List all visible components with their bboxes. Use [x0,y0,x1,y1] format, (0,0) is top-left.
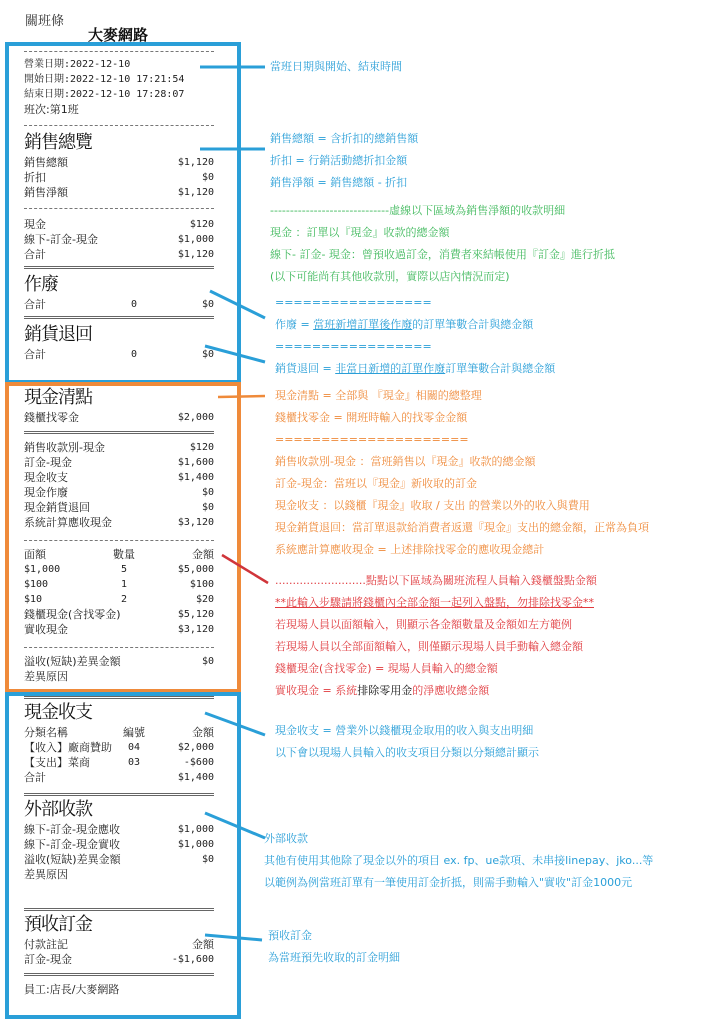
annotation-external: 外部收款 其他有使用其他除了現金以外的項目 ex. fp、ue款項、未串接lin… [264,828,653,894]
annotation-cash-in-out: 現金收支 = 營業外以錢櫃現金取用的收入與支出明細 以下會以現場人員輸入的收支項… [275,720,539,764]
annotation-sales: 銷售總額 = 含折扣的總銷售額 折扣 = 行銷活動總折扣金額 銷售淨額 = 銷售… [270,128,418,194]
annotation-shift: 當班日期與開始、結束時間 [270,56,402,78]
annotation-void: ================= 作廢 = 當班新增訂單後作廢的訂單筆數合計與… [275,292,555,380]
annotation-deposits: 預收訂金 為當班預先收取的訂金明細 [268,925,400,969]
annotation-payments: ------------------------------虛線以下區域為銷售淨… [270,200,615,288]
annotation-cash-count: 現金清點 = 全部與 『現金』相關的總整理 錢櫃找零金 = 開班時輸入的找零金金… [275,385,649,561]
annotation-counting: ..........................點點以下區域為關班流程人員輸… [275,570,597,702]
